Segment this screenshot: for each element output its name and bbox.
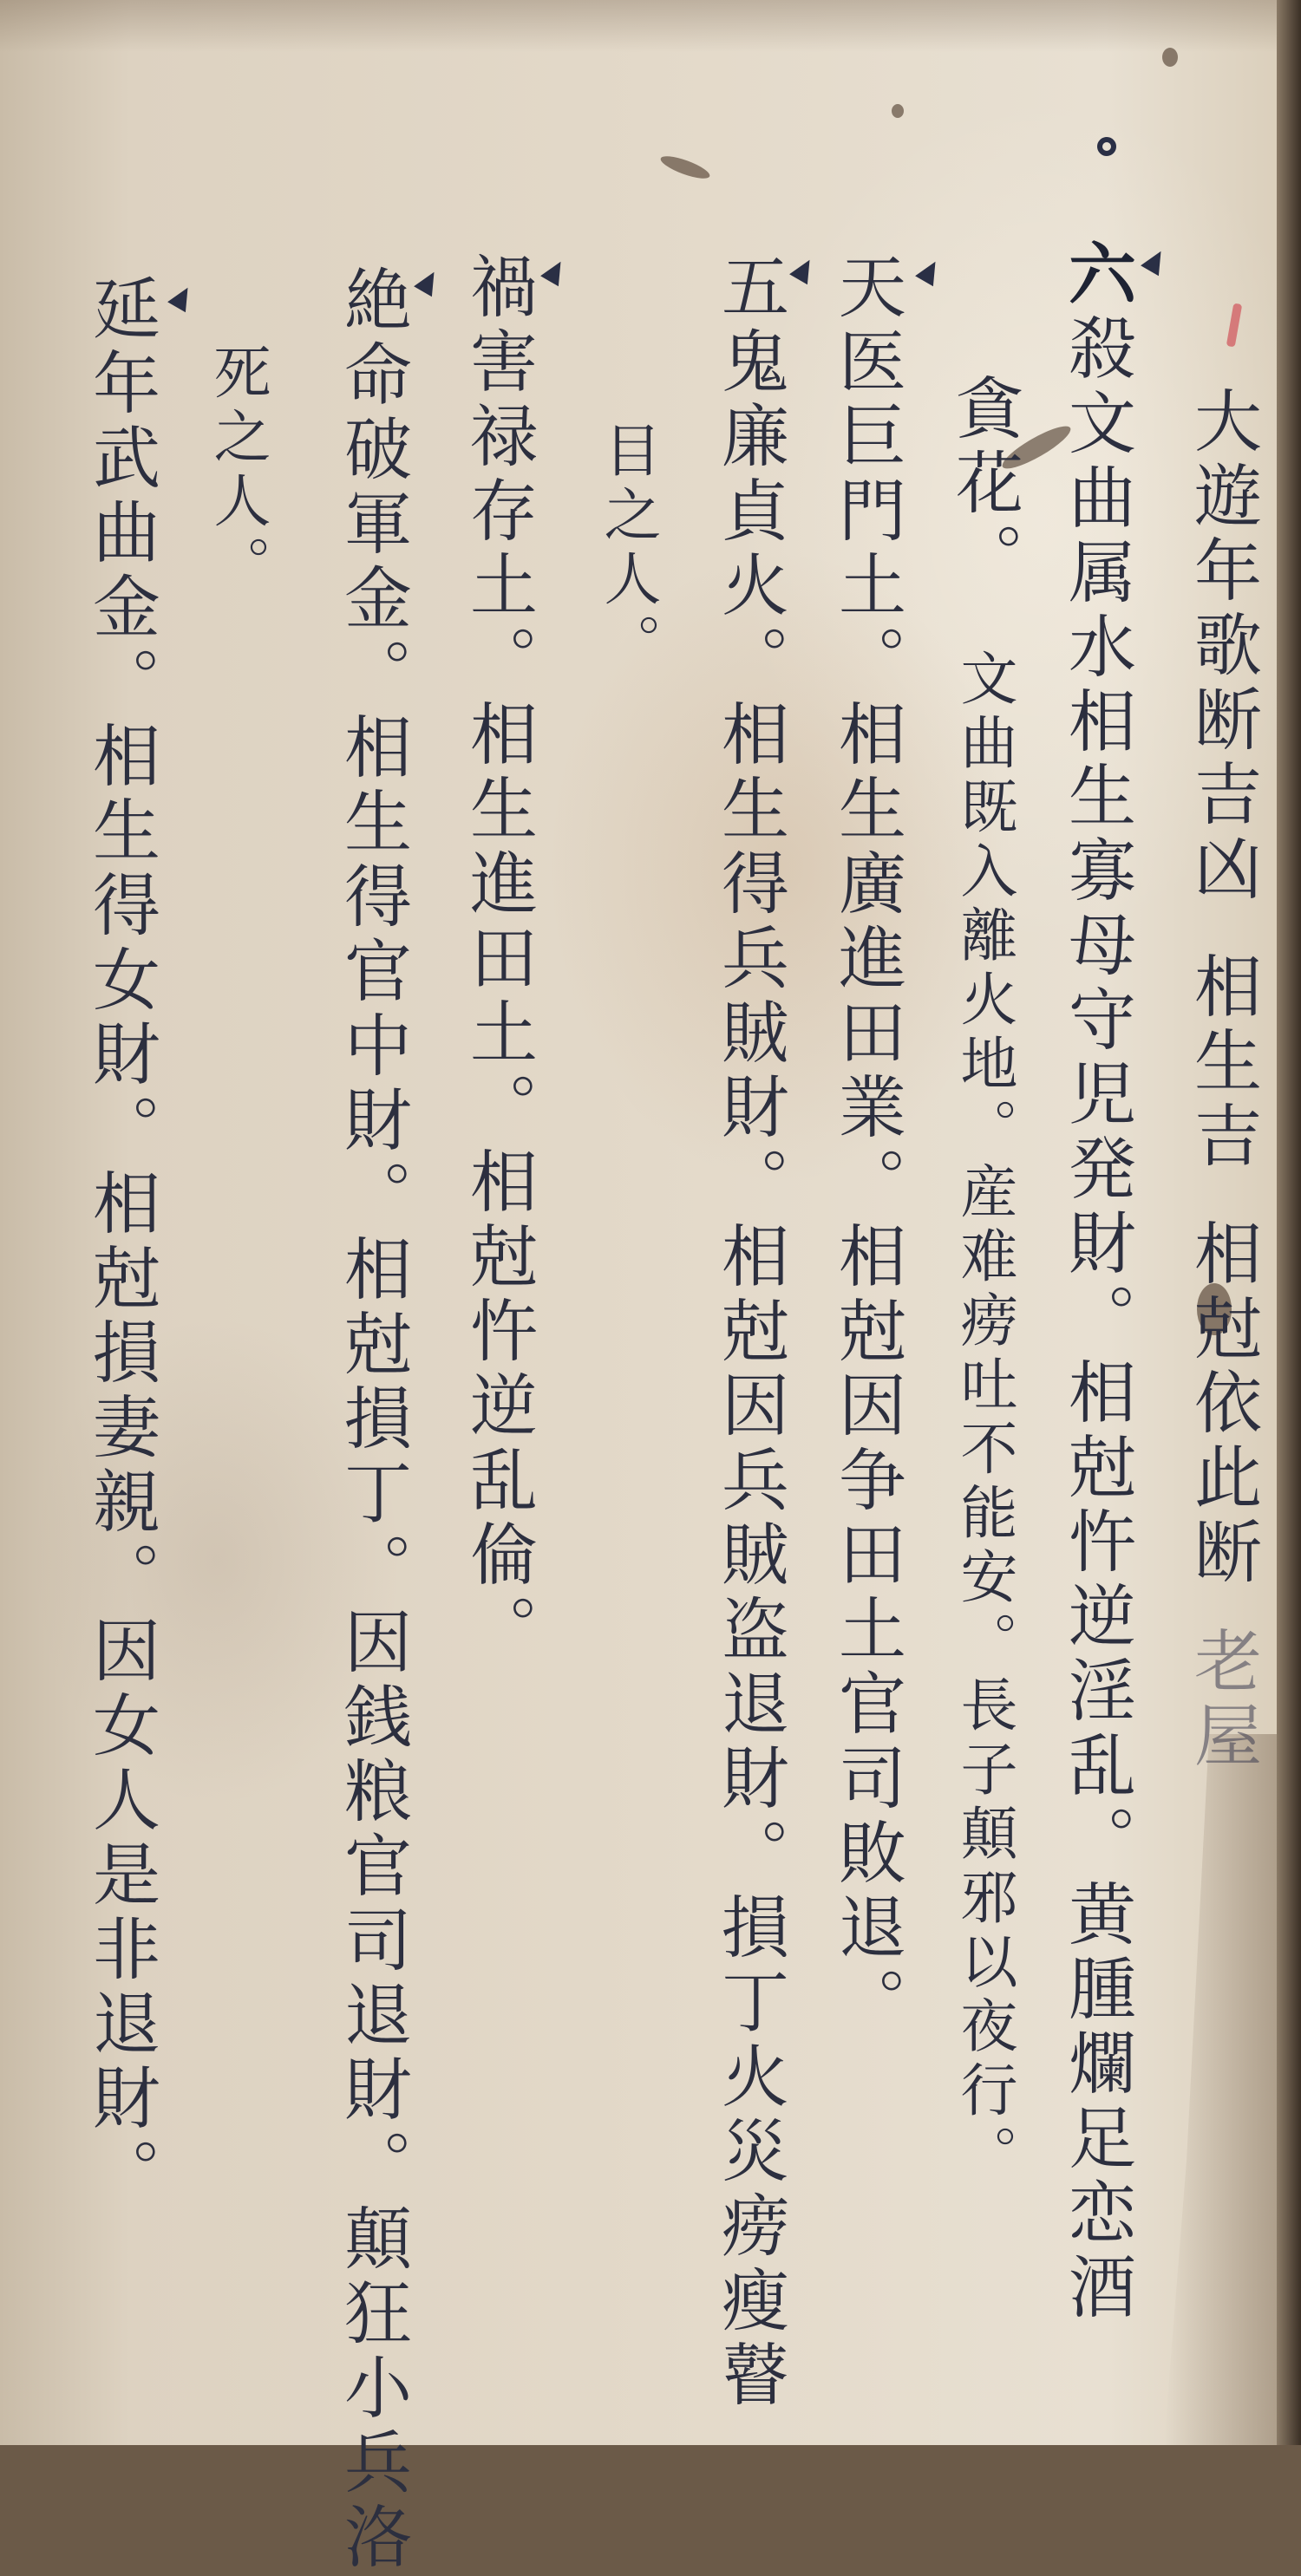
wormhole: [892, 104, 904, 118]
triangle-mark: [1141, 246, 1170, 277]
wormhole: [1162, 48, 1178, 67]
triangle-mark: [414, 267, 443, 297]
column-text: 殺文曲属水相生寡母守児発財。相尅忤逆淫乱。黄腫爛足恋酒: [1057, 313, 1135, 2326]
wormhole: [658, 152, 712, 183]
circle-mark: [1097, 137, 1116, 156]
column-text: 貪花。: [945, 373, 1023, 597]
column-text: 目之人。: [594, 421, 661, 677]
red-ink-mark: [1226, 303, 1243, 348]
margin-fragment: 老屋: [1183, 1626, 1261, 1775]
title-note-rule: 相尅依此断: [1183, 1218, 1261, 1591]
book-binding: [1277, 0, 1301, 2445]
triangle-mark: [915, 257, 945, 287]
triangle-mark: [789, 255, 819, 285]
title-column: 大遊年歌断吉凶相生吉相尅依此断老屋: [1188, 386, 1256, 1775]
column-wugui: 五鬼廉貞火。相生得兵賊財。相尅因兵賊盗退財。損丁火災痨瘦瞽: [716, 251, 783, 2414]
torn-edge: [1164, 1734, 1277, 2445]
column-text: 死之人。: [204, 342, 271, 599]
column-continuation: 文曲既入離火地。産难痨吐不能安。長子顛邪以夜行。: [951, 649, 1017, 2188]
triangle-mark: [167, 283, 197, 313]
heading-mark: 六: [1057, 238, 1136, 313]
column-sizhiren: 死之人。: [208, 342, 265, 599]
column-text: 五鬼廉貞火。相生得兵賊財。相尅因兵賊盗退財。損丁火災痨瘦瞽: [710, 251, 788, 2414]
title-note-good: 相生吉: [1183, 951, 1261, 1175]
column-text: 天医巨門土。相生廣進田業。相尅因争田土官司敗退。: [827, 251, 905, 2041]
manuscript-page: 大遊年歌断吉凶相生吉相尅依此断老屋 六殺文曲属水相生寡母守児発財。相尅忤逆淫乱。…: [0, 0, 1301, 2445]
document-title: 大遊年歌断吉凶: [1183, 386, 1261, 908]
column-jueming: 絶命破軍金。相生得官中財。相尅損丁。因銭粮官司退財。顛狂小兵洛: [338, 264, 406, 2445]
page-top-edge: [0, 0, 1277, 52]
column-text: 絶命破軍金。相生得官中財。相尅損丁。因銭粮官司退財。顛狂小兵洛: [333, 264, 411, 2445]
column-muzhiren: 目之人。: [598, 421, 656, 677]
column-text: 禍害禄存土。相生進田土。相尅忤逆乱倫。: [459, 251, 537, 1668]
triangle-mark: [540, 257, 570, 287]
column-tianyi: 天医巨門土。相生廣進田業。相尅因争田土官司敗退。: [833, 251, 900, 2041]
column-tanhua: 貪花。文曲既入離火地。産难痨吐不能安。長子顛邪以夜行。: [950, 373, 1017, 2188]
column-yannian: 延年武曲金。相生得女財。相尅損妻親。因女人是非退財。: [87, 273, 154, 2212]
column-text: 延年武曲金。相生得女財。相尅損妻親。因女人是非退財。: [82, 273, 160, 2212]
column-huohai: 禍害禄存土。相生進田土。相尅忤逆乱倫。: [464, 251, 532, 1668]
column-liusha: 六殺文曲属水相生寡母守児発財。相尅忤逆淫乱。黄腫爛足恋酒: [1062, 238, 1130, 2326]
